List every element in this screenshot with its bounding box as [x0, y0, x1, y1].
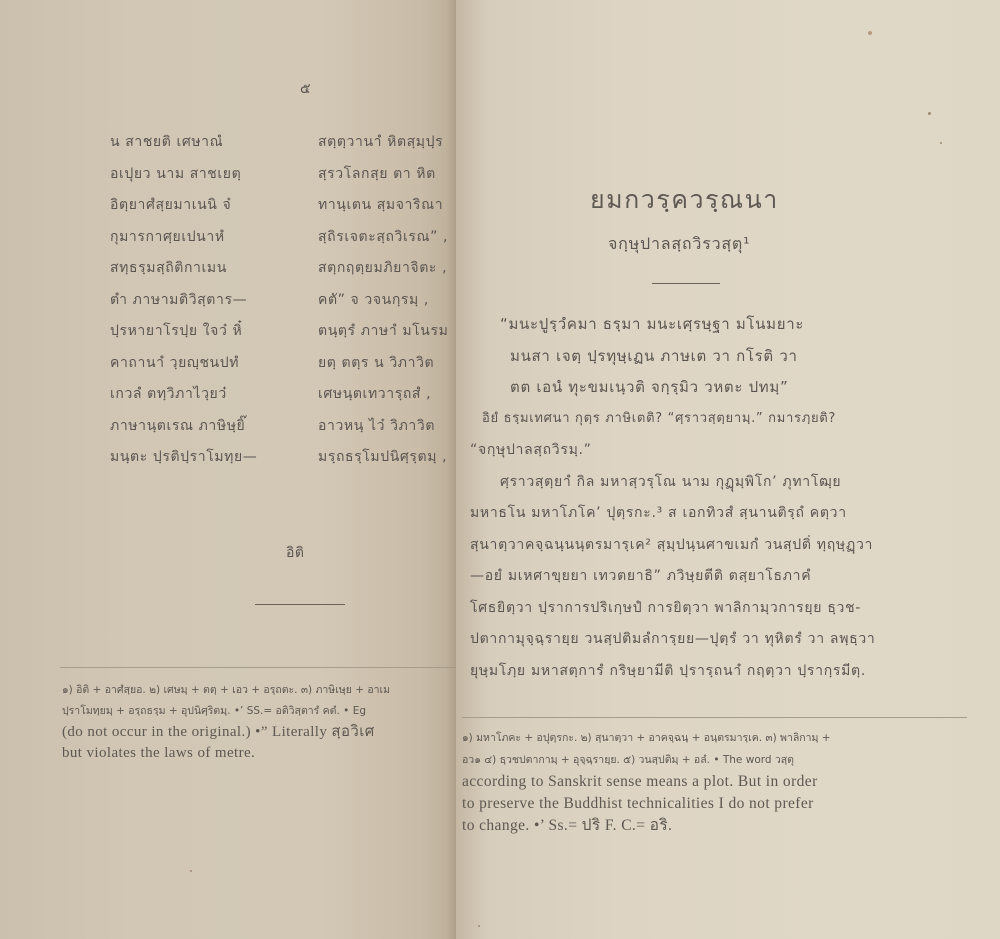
- verse-line: อิตฺยาศํสฺยมาเนนิ จ๋: [110, 195, 257, 227]
- verse-line: สตฺกฤตฺยมภิยาจิตะ ,: [318, 258, 458, 290]
- verse-line: สตฺตฺวานาํ หิตสฺมฺปฺร: [318, 132, 458, 164]
- verse-line: “มนะปูรฺวํคมา ธรฺมา มนะเศฺรษฺฐา มโนมยาะ: [470, 314, 960, 346]
- footnote-rule: [462, 717, 967, 718]
- body-text: “มนะปูรฺวํคมา ธรฺมา มนะเศฺรษฺฐา มโนมยาะ …: [470, 314, 960, 692]
- verse-line: อเปุยว นาม สาชเยตฺ: [110, 164, 257, 196]
- verse-line: เศษนฺตเทวารฺถสํ ,: [318, 384, 458, 416]
- prose-line: ยุษฺมโภฺย มหาสตฺการํ กริษฺยามีติ ปฺรารฺถ…: [470, 661, 960, 693]
- verse-line: สทฺธรฺมสฺถิติกาเมน: [110, 258, 257, 290]
- verse-line: ตำ ภาษามติวิสฺตาร—: [110, 290, 257, 322]
- verse-line: คตั” จ วจนกฺรมฺ ,: [318, 290, 458, 322]
- footnote-line: อว๑ ๔) ธฺวชปตากามฺ + อุจฺฉฺรายฺย. ๕) วนส…: [462, 749, 967, 771]
- footnote-line: ๑) มหาโภคะ + อปุตฺรกะ. ๒) สฺนาตฺวา + อาค…: [462, 727, 967, 749]
- verse-line: กุมารกาศฺยเปนาหํ: [110, 227, 257, 259]
- page-number: ๕: [300, 78, 311, 100]
- verse-line: มรฺถธรฺโมปนิศฺรฺตมฺ ,: [318, 447, 458, 479]
- verse-line: เกวลํ ตทฺวิภาไวฺยว๋: [110, 384, 257, 416]
- section-divider: [255, 604, 345, 605]
- footnote-line: according to Sanskrit sense means a plot…: [462, 771, 967, 793]
- prose-line: —อยํ มเหศาขฺยยา เทวตยาธิ” ภวิษฺยตีติ ตสฺ…: [470, 566, 960, 598]
- prose-line: “จกฺษุปาลสฺถวิรมฺ.”: [470, 440, 960, 472]
- verse-line: มนสา เจตฺ ปฺรทุษฺเฏน ภาษเต วา กโรติ วา: [470, 346, 960, 378]
- paper-speck: [190, 870, 192, 872]
- prose-line: สฺนาตฺวาคจฺฉนฺนนฺตรมารฺเค² สฺมฺปนฺนศาขเม…: [470, 535, 960, 567]
- footnote-line: (do not occur in the original.) •” Liter…: [62, 722, 462, 743]
- footnote-rule: [60, 667, 456, 668]
- prose-line: ศฺราวสฺตฺยาํ กิล มหาสฺวรฺโณ นาม กุฏุมฺพิ…: [470, 472, 960, 504]
- verse-line: คาถานาํ วฺยญฺชนปทํ: [110, 353, 257, 385]
- footnotes-left: ๑) อิติ + อาศํสฺยอ. ๒) เศษมฺ + ตตฺ + เอว…: [62, 680, 462, 764]
- footnotes-right: ๑) มหาโภคะ + อปุตฺรกะ. ๒) สฺนาตฺวา + อาค…: [462, 727, 967, 837]
- verse-line: สฺรวโลกสฺย ตา หิต: [318, 164, 458, 196]
- prose-line: โศธยิตฺวา ปฺราการปริเกฺษปํ การยิตฺวา พาล…: [470, 598, 960, 630]
- closing-word: อิติ: [286, 542, 305, 564]
- verse-line: ตนฺตฺรํ ภาษาํ มโนรม: [318, 321, 458, 353]
- verse-column-b: สตฺตฺวานาํ หิตสฺมฺปฺร สฺรวโลกสฺย ตา หิต …: [318, 132, 458, 479]
- verse-line: ตต เอนํ ทุะขมเนฺวติ จกฺรฺมิว วหตะ ปทมฺ”: [470, 377, 960, 409]
- title-divider: [652, 283, 720, 284]
- verse-line: น สาชยติ เศษาณํ: [110, 132, 257, 164]
- paper-speck: [940, 142, 942, 144]
- prose-line: อิยํ ธรฺมเทศนา กุตฺร ภาษิเตติ? “ศฺราวสฺต…: [470, 409, 960, 441]
- verse-line: มนฺตะ ปฺรติปฺราโมทฺย—: [110, 447, 257, 479]
- paper-speck: [478, 925, 480, 927]
- footnote-line: ปฺราโมทฺยมฺ + อรฺถธรฺม + อุปนิศฺริตมฺ. •…: [62, 701, 462, 722]
- prose-line: มหาธโน มหาโภโค’ ปุตฺรกะ.³ ส เอกทิวสํ สฺน…: [470, 503, 960, 535]
- chapter-title: ยมกวรฺควรฺณนา: [590, 180, 779, 220]
- verse-line: ยตฺ ตตฺร น วิภาวิต: [318, 353, 458, 385]
- verse-line: สฺถิรเจตะสฺถวิเรณ” ,: [318, 227, 458, 259]
- verse-line: ทานฺเตน สฺมจาริณา: [318, 195, 458, 227]
- verse-line: ภาษานฺตเรณ ภาษิษฺยิ๊: [110, 416, 257, 448]
- verse-column-a: น สาชยติ เศษาณํ อเปุยว นาม สาชเยตฺ อิตฺย…: [110, 132, 257, 479]
- left-page: ๕ น สาชยติ เศษาณํ อเปุยว นาม สาชเยตฺ อิต…: [0, 0, 456, 939]
- footnote-line: to preserve the Buddhist technicalities …: [462, 793, 967, 815]
- footnote-line: ๑) อิติ + อาศํสฺยอ. ๒) เศษมฺ + ตตฺ + เอว…: [62, 680, 462, 701]
- prose-line: ปตากามุจฺฉฺรายฺย วนสฺปติมลํการฺยย—ปุตฺรํ…: [470, 629, 960, 661]
- paper-speck: [928, 112, 931, 115]
- verse-line: ปฺรหายาโรปฺย ใจว๋ หิ๋: [110, 321, 257, 353]
- footnote-line: to change. •’ Ss.= ปริ F. C.= อริ.: [462, 815, 967, 837]
- verse-line: อาวหนฺ ไว๋ วิภาวิต: [318, 416, 458, 448]
- chapter-subtitle: จกฺษุปาลสฺถวิรวสฺตุ¹: [608, 232, 750, 257]
- book-spread: ๕ น สาชยติ เศษาณํ อเปุยว นาม สาชเยตฺ อิต…: [0, 0, 1000, 939]
- paper-speck: [868, 31, 872, 35]
- footnote-line: but violates the laws of metre.: [62, 743, 462, 764]
